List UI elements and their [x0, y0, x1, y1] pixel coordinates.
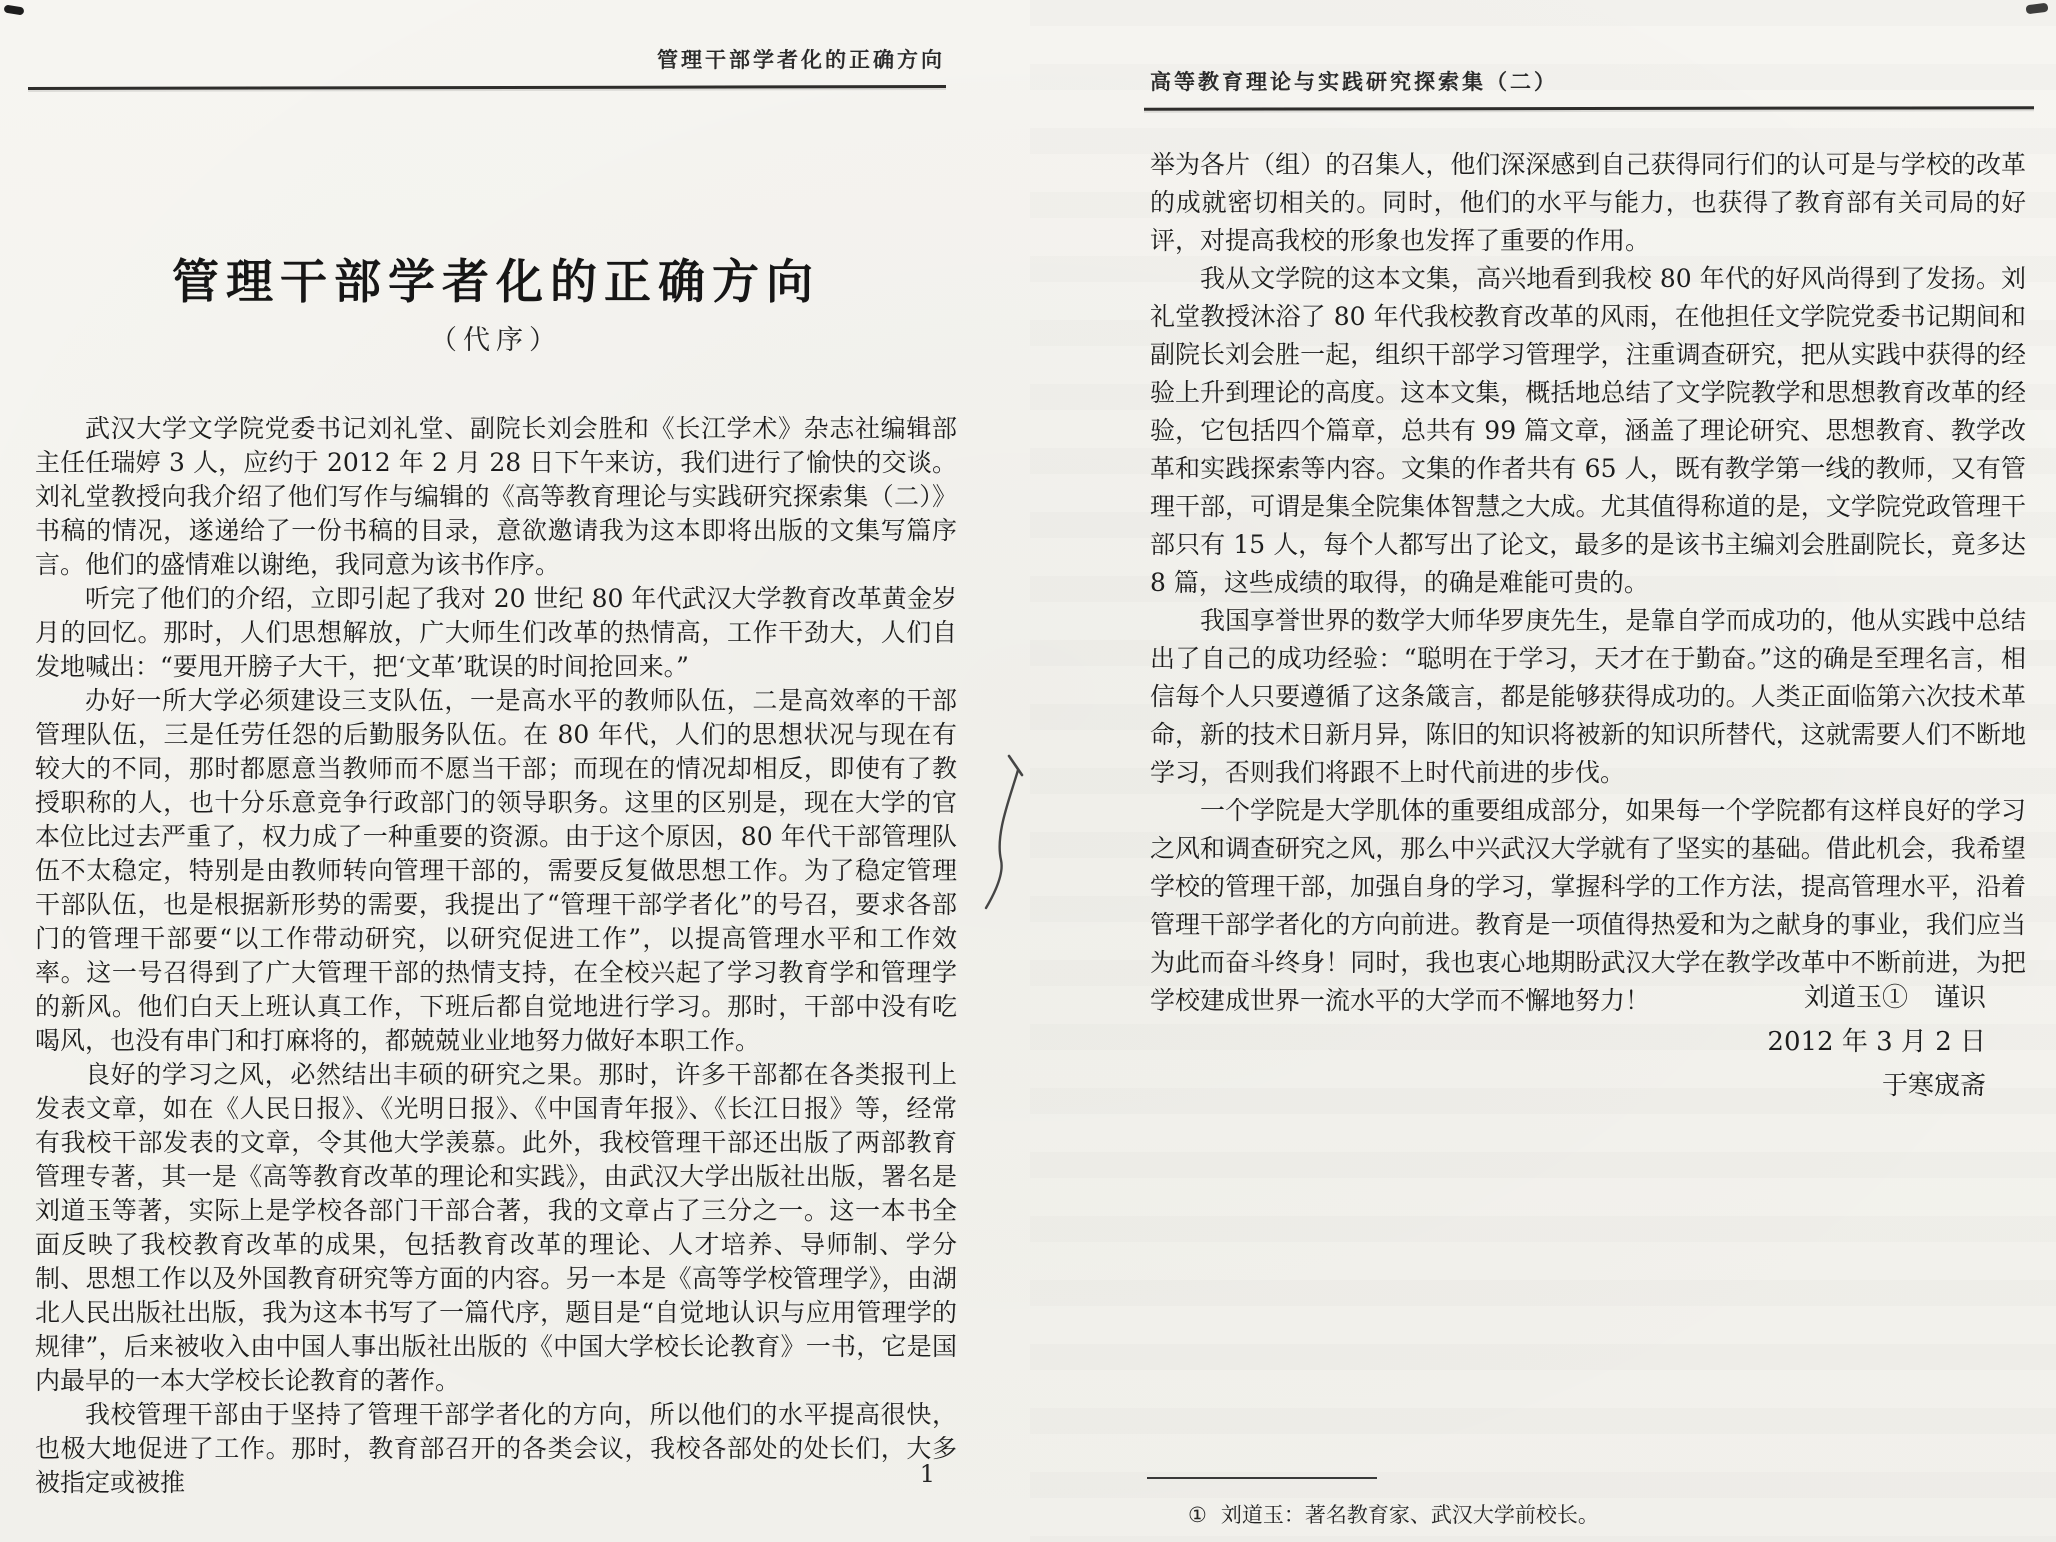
body-paragraph: 武汉大学文学院党委书记刘礼堂、副院长刘会胜和《长江学术》杂志社编辑部主任任瑞婷 … — [35, 412, 957, 582]
article-subtitle: （代序） — [35, 318, 957, 357]
scan-smudge-top-right — [2026, 3, 2049, 15]
article-title: 管理干部学者化的正确方向 — [35, 245, 957, 312]
right-header-rule — [1144, 106, 2034, 111]
body-paragraph: 良好的学习之风，必然结出丰硕的研究之果。那时，许多干部都在各类报刊上发表文章，如… — [35, 1058, 957, 1398]
footnote-text: 刘道玉：著名教育家、武汉大学前校长。 — [1221, 1503, 1599, 1527]
body-paragraph: 听完了他们的介绍，立即引起了我对 20 世纪 80 年代武汉大学教育改革黄金岁月… — [35, 582, 957, 684]
left-header-rule — [28, 85, 946, 90]
scan-smudge-top-left — [3, 4, 24, 15]
right-page-body: 举为各片（组）的召集人，他们深深感到自己获得同行们的认可是与学校的改革的成就密切… — [1150, 146, 2026, 1020]
book-scan-spread: 管理干部学者化的正确方向 管理干部学者化的正确方向 （代序） 武汉大学文学院党委… — [0, 0, 2056, 1542]
body-paragraph: 举为各片（组）的召集人，他们深深感到自己获得同行们的认可是与学校的改革的成就密切… — [1150, 146, 2026, 260]
right-running-head: 高等教育理论与实践研究探索集（二） — [1150, 66, 2030, 96]
footnote: ①刘道玉：著名教育家、武汉大学前校长。 — [1150, 1500, 2026, 1530]
signature-block: 刘道玉① 谨识 2012 年 3 月 2 日 于寒宬斋 — [1150, 976, 2026, 1108]
signature-date: 2012 年 3 月 2 日 — [1150, 1020, 2026, 1064]
pen-squiggle-mark — [975, 750, 1065, 915]
signature-name: 刘道玉① 谨识 — [1150, 976, 2026, 1020]
body-paragraph: 我国享誉世界的数学大师华罗庚先生，是靠自学而成功的，他从实践中总结出了自己的成功… — [1150, 602, 2026, 792]
body-paragraph: 我从文学院的这本文集，高兴地看到我校 80 年代的好风尚得到了发扬。刘礼堂教授沐… — [1150, 260, 2026, 602]
left-page-body: 武汉大学文学院党委书记刘礼堂、副院长刘会胜和《长江学术》杂志社编辑部主任任瑞婷 … — [35, 412, 957, 1500]
page-number: 1 — [35, 1460, 935, 1488]
left-running-head: 管理干部学者化的正确方向 — [35, 44, 953, 74]
footnote-separator — [1147, 1477, 1377, 1479]
body-paragraph: 办好一所大学必须建设三支队伍，一是高水平的教师队伍，二是高效率的干部管理队伍，三… — [35, 684, 957, 1058]
signature-place: 于寒宬斋 — [1150, 1064, 2026, 1108]
footnote-marker: ① — [1188, 1503, 1207, 1527]
